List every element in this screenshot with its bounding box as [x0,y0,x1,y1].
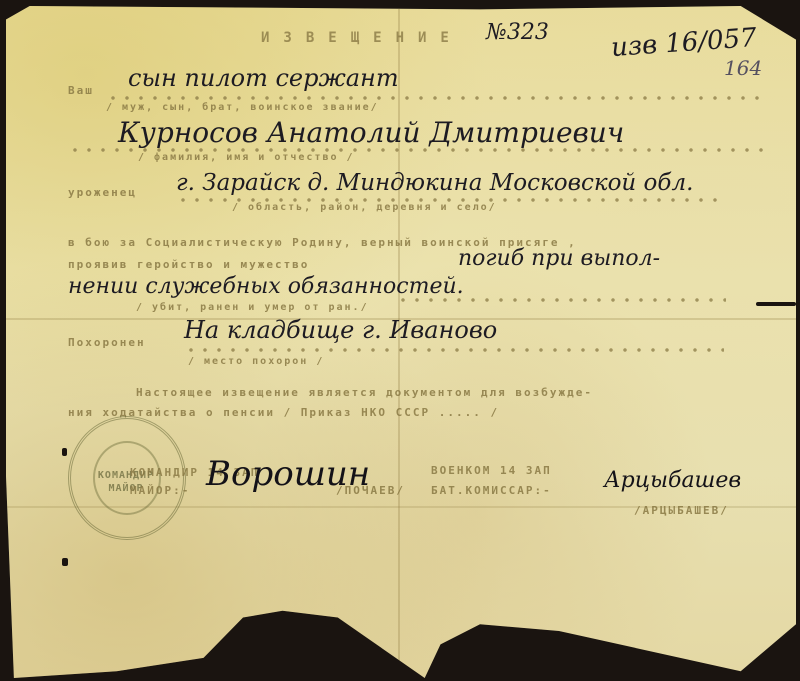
commissar-signature: Арцыбашев [604,468,741,493]
commissar-label: ВОЕНКОМ 14 ЗАП [431,464,552,477]
commissar-rank: БАТ.КОМИССАР:- [431,484,552,497]
archive-note-secondary: 164 [724,56,762,80]
relation-value: сын пилот сержант [128,64,399,92]
document-number: №323 [486,20,549,45]
name-value: Курносов Анатолий Дмитриевич [118,116,624,149]
relation-prefix: Ваш [68,84,94,97]
burial-caption: / место похорон / [188,356,324,367]
paper-tear [756,302,796,306]
document-title: ИЗВЕЩЕНИЕ [261,30,463,46]
circumstances-text-2: проявив геройство и мужество [68,258,309,271]
name-caption: / фамилия, имя и отчество / [138,152,355,163]
burial-value: На кладбище г. Иваново [184,316,497,344]
dotted-line [396,298,726,302]
commander-rank: МАЙОР:- [130,484,190,497]
origin-prefix: уроженец [68,186,137,199]
death-caption: / убит, ранен и умер от ран./ [136,302,369,313]
circumstances-hand-1: погиб при выпол- [458,246,660,271]
paper-hole [62,448,67,456]
burial-prefix: Похоронен [68,336,146,349]
origin-caption: / область, район, деревня и село/ [232,202,497,213]
commander-name: /ПОЧАЕВ/ [336,484,405,497]
origin-value: г. Зарайск д. Миндюкина Московской обл. [176,170,693,196]
dotted-line [184,348,724,352]
paper-hole [62,558,68,566]
relation-caption: / муж, сын, брат, воинское звание/ [106,102,379,113]
document-paper: ИЗВЕЩЕНИЕ №323 изв 16/057 164 Ваш сын пи… [6,6,796,678]
dotted-line [106,96,766,100]
commissar-name: /АРЦЫБАШЕВ/ [634,504,729,517]
circumstances-hand-2: нении служебных обязанностей. [68,274,464,299]
notice-text-1: Настоящее извещение является документом … [136,386,593,399]
